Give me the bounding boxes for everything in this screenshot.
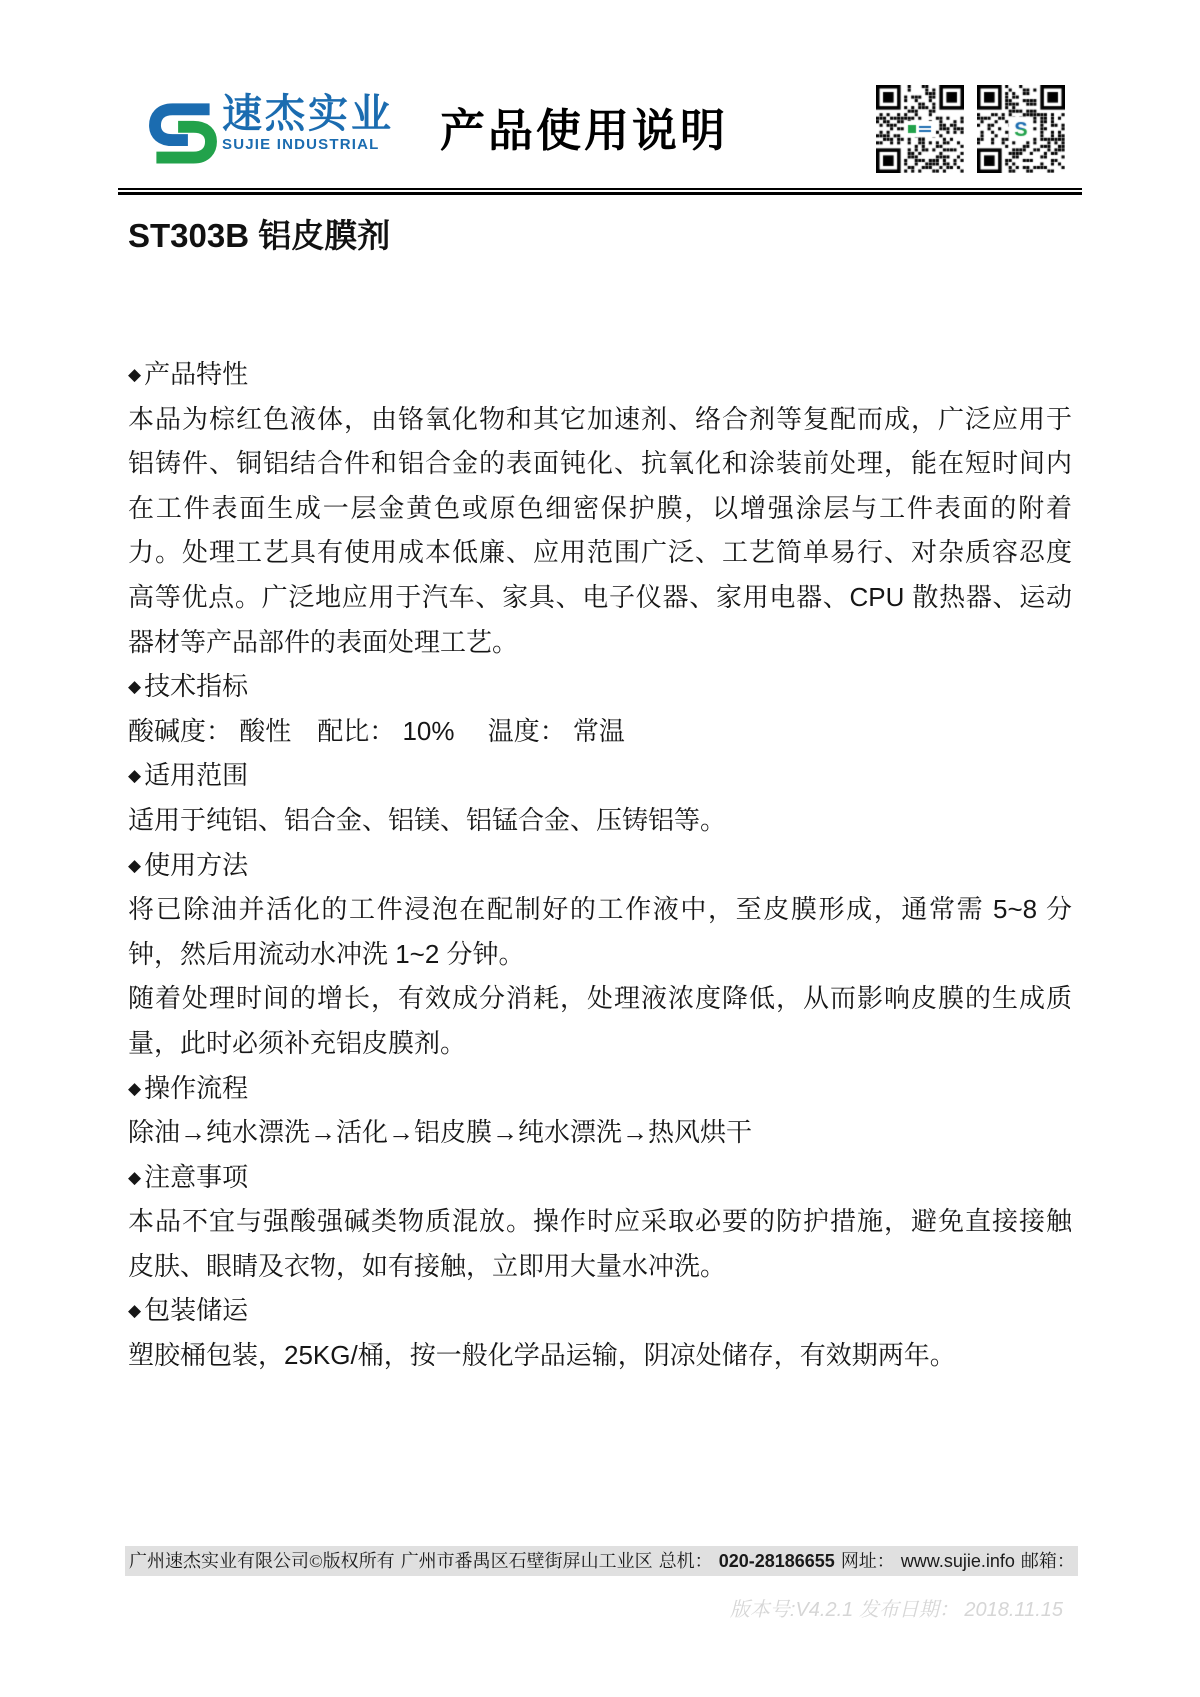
body-line: 适用于纯铝、铝合金、铝镁、铝锰合金、压铸铝等。 <box>128 798 1072 843</box>
footer-address: 广州市番禺区石壁街屏山工业区 <box>401 1551 653 1571</box>
diamond-bullet-icon: ◆ <box>128 856 141 875</box>
body-line: 高等优点。广泛地应用于汽车、家具、电子仪器、家用电器、CPU 散热器、运动 <box>128 575 1072 620</box>
footer-company: 广州速杰实业有限公司©版权所有 <box>129 1551 395 1571</box>
body-line: 本品为棕红色液体，由铬氧化物和其它加速剂、络合剂等复配而成，广泛应用于 <box>128 397 1072 442</box>
diamond-bullet-icon: ◆ <box>128 365 141 384</box>
section-heading: ◆产品特性 <box>128 352 1072 397</box>
body-line: 在工件表面生成一层金黄色或原色细密保护膜，以增强涂层与工件表面的附着 <box>128 486 1072 531</box>
footer-info-bar: 广州速杰实业有限公司©版权所有广州市番禺区石壁街屏山工业区总机：020-2818… <box>125 1546 1078 1576</box>
body-line: 铝铸件、铜铝结合件和铝合金的表面钝化、抗氧化和涂装前处理，能在短时间内 <box>128 441 1072 486</box>
section-heading: ◆使用方法 <box>128 843 1072 888</box>
heading-text: 产品特性 <box>144 359 248 389</box>
heading-text: 技术指标 <box>144 671 248 701</box>
body-line: 塑胶桶包装，25KG/桶，按一般化学品运输，阴凉处储存，有效期两年。 <box>128 1333 1072 1378</box>
body-line: 随着处理时间的增长，有效成分消耗，处理液浓度降低，从而影响皮膜的生成质 <box>128 976 1072 1021</box>
wechat-qr-code <box>876 85 964 173</box>
brand-qr-code <box>977 85 1065 173</box>
diamond-bullet-icon: ◆ <box>128 677 141 696</box>
diamond-bullet-icon: ◆ <box>128 1168 141 1187</box>
heading-text: 操作流程 <box>144 1073 248 1103</box>
footer-web-label: 网址： <box>841 1551 895 1571</box>
footer-website: www.sujie.info <box>901 1551 1015 1571</box>
section-heading: ◆操作流程 <box>128 1066 1072 1111</box>
section-heading: ◆适用范围 <box>128 753 1072 798</box>
section-heading: ◆包装储运 <box>128 1288 1072 1333</box>
document-page: { "colors": { "brand_blue": "#1b6cb0", "… <box>0 0 1200 1697</box>
heading-text: 包装储运 <box>144 1295 248 1325</box>
sujie-s-logo-icon <box>148 96 218 166</box>
section-heading: ◆注意事项 <box>128 1155 1072 1200</box>
body-line: 钟，然后用流动水冲洗 1~2 分钟。 <box>128 932 1072 977</box>
heading-text: 使用方法 <box>144 850 248 880</box>
footer-mail-label: 邮箱： <box>1021 1551 1075 1571</box>
body-line: 本品不宜与强酸强碱类物质混放。操作时应采取必要的防护措施，避免直接接触 <box>128 1199 1072 1244</box>
header-divider <box>118 188 1082 195</box>
body-line: 量，此时必须补充铝皮膜剂。 <box>128 1021 1072 1066</box>
logo-text-block: 速杰实业 SUJIE INDUSTRIAL <box>222 92 442 154</box>
document-body: ◆产品特性 本品为棕红色液体，由铬氧化物和其它加速剂、络合剂等复配而成，广泛应用… <box>128 352 1072 1378</box>
body-line: 器材等产品部件的表面处理工艺。 <box>128 620 1072 665</box>
body-line: 除油→纯水漂洗→活化→铝皮膜→纯水漂洗→热风烘干 <box>128 1110 1072 1155</box>
diamond-bullet-icon: ◆ <box>128 766 141 785</box>
product-title: ST303B 铝皮膜剂 <box>128 210 390 257</box>
company-name-en: SUJIE INDUSTRIAL <box>222 136 442 154</box>
section-heading: ◆技术指标 <box>128 664 1072 709</box>
document-type-title: 产品使用说明 <box>440 94 728 159</box>
body-line: 皮肤、眼睛及衣物，如有接触，立即用大量水冲洗。 <box>128 1244 1072 1289</box>
heading-text: 注意事项 <box>144 1162 248 1192</box>
company-name-cn: 速杰实业 <box>222 92 442 136</box>
footer-phone: 020-28186655 <box>719 1551 835 1571</box>
page-header: 速杰实业 SUJIE INDUSTRIAL 产品使用说明 <box>0 0 1200 190</box>
heading-text: 适用范围 <box>144 760 248 790</box>
body-line: 力。处理工艺具有使用成本低廉、应用范围广泛、工艺简单易行、对杂质容忍度 <box>128 530 1072 575</box>
version-info: 版本号:V4.2.1 发布日期： 2018.11.15 <box>730 1593 1063 1622</box>
body-line: 将已除油并活化的工件浸泡在配制好的工作液中，至皮膜形成，通常需 5~8 分 <box>128 887 1072 932</box>
diamond-bullet-icon: ◆ <box>128 1301 141 1320</box>
body-line: 酸碱度： 酸性 配比： 10% 温度： 常温 <box>128 709 1072 754</box>
footer-phone-label: 总机： <box>659 1551 713 1571</box>
diamond-bullet-icon: ◆ <box>128 1079 141 1098</box>
